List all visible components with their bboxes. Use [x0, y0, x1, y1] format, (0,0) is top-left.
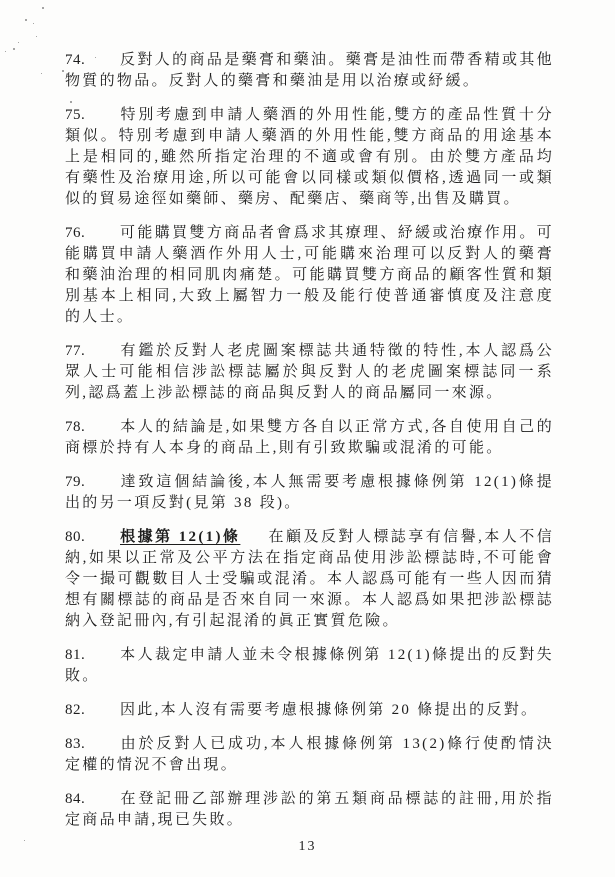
paragraph-text: 達致這個結論後,本人無需要考慮根據條例第 12(1)條提出的另一項反對(見第 3… — [65, 474, 554, 511]
paragraph-83: 83.由於反對人已成功,本人根據條例第 13(2)條行使酌情決定權的情況不會出現… — [65, 734, 554, 776]
paragraph-number: 80. — [65, 527, 120, 548]
paragraph-number: 76. — [65, 223, 120, 244]
paragraph-77: 77.有鑑於反對人老虎圖案標誌共通特徵的特性,本人認爲公眾人士可能相信涉訟標誌屬… — [65, 341, 554, 404]
scan-noise-dot — [42, 7, 44, 9]
document-page: 74.反對人的商品是藥膏和藥油。藥膏是油性而帶香精或其他物質的物品。反對人的藥膏… — [0, 0, 615, 877]
paragraph-84: 84.在登記冊乙部辦理涉訟的第五類商品標誌的註冊,用於指定商品申請,現已失敗。 — [65, 789, 554, 831]
paragraph-number: 74. — [65, 50, 120, 71]
paragraph-number: 83. — [65, 734, 120, 755]
scan-noise-dot — [33, 23, 34, 24]
paragraph-80: 80.根據第 12(1)條在顧及反對人標誌享有信譽,本人不信納,如果以正常及公平… — [65, 527, 554, 632]
paragraph-number: 82. — [65, 700, 120, 721]
paragraph-text: 由於反對人已成功,本人根據條例第 13(2)條行使酌情決定權的情況不會出現。 — [65, 736, 554, 773]
page-number: 13 — [0, 839, 615, 855]
paragraph-text: 特別考慮到申請人藥酒的外用性能,雙方的產品性質十分類似。特別考慮到申請人藥酒的外… — [65, 107, 554, 207]
paragraph-text: 在登記冊乙部辦理涉訟的第五類商品標誌的註冊,用於指定商品申請,現已失敗。 — [65, 791, 554, 828]
scan-noise-dot — [36, 36, 37, 37]
paragraph-number: 78. — [65, 417, 120, 438]
scan-noise-dot — [5, 51, 6, 52]
paragraph-79: 79.達致這個結論後,本人無需要考慮根據條例第 12(1)條提出的另一項反對(見… — [65, 472, 554, 514]
paragraph-text: 反對人的商品是藥膏和藥油。藥膏是油性而帶香精或其他物質的物品。反對人的藥膏和藥油… — [65, 52, 554, 89]
paragraph-74: 74.反對人的商品是藥膏和藥油。藥膏是油性而帶香精或其他物質的物品。反對人的藥膏… — [65, 50, 554, 92]
paragraph-78: 78.本人的結論是,如果雙方各自以正常方式,各自使用自己的商標於持有人本身的商品… — [65, 417, 554, 459]
scan-noise-dot — [13, 48, 15, 50]
paragraph-text: 有鑑於反對人老虎圖案標誌共通特徵的特性,本人認爲公眾人士可能相信涉訟標誌屬於與反… — [65, 343, 554, 401]
scan-noise-dot — [62, 70, 64, 72]
paragraph-text: 本人的結論是,如果雙方各自以正常方式,各自使用自己的商標於持有人本身的商品上,則… — [65, 419, 554, 456]
scan-noise-dot — [41, 73, 42, 74]
scan-noise-dot — [25, 19, 27, 21]
paragraph-number: 79. — [65, 472, 120, 493]
paragraph-number: 75. — [65, 105, 120, 126]
paragraph-76: 76.可能購買雙方商品者會爲求其療理、紓緩或治療作用。可能購買申請人藥酒作外用人… — [65, 223, 554, 328]
document-body: 74.反對人的商品是藥膏和藥油。藥膏是油性而帶香精或其他物質的物品。反對人的藥膏… — [65, 50, 554, 844]
paragraph-82: 82.因此,本人沒有需要考慮根據條例第 20 條提出的反對。 — [65, 700, 554, 721]
paragraph-text: 本人裁定申請人並未令根據條例第 12(1)條提出的反對失敗。 — [65, 647, 554, 684]
paragraph-75: 75.特別考慮到申請人藥酒的外用性能,雙方的產品性質十分類似。特別考慮到申請人藥… — [65, 105, 554, 210]
scan-noise-dot — [18, 42, 19, 43]
paragraph-number: 84. — [65, 789, 120, 810]
paragraph-number: 81. — [65, 645, 120, 666]
paragraph-81: 81.本人裁定申請人並未令根據條例第 12(1)條提出的反對失敗。 — [65, 645, 554, 687]
section-heading-s12-1: 根據第 12(1)條 — [120, 529, 240, 545]
paragraph-text: 可能購買雙方商品者會爲求其療理、紓緩或治療作用。可能購買申請人藥酒作外用人士,可… — [65, 225, 554, 325]
paragraph-number: 77. — [65, 341, 120, 362]
paragraph-text: 因此,本人沒有需要考慮根據條例第 20 條提出的反對。 — [120, 702, 538, 718]
